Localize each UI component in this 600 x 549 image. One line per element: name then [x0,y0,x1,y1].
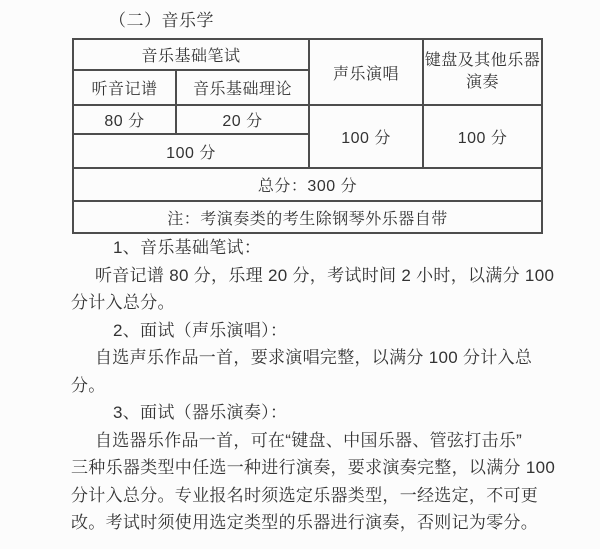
table-row: 总分：300 分 [73,168,542,201]
header-written-test: 音乐基础笔试 [73,39,309,70]
score-table: 音乐基础笔试 声乐演唱 键盘及其他乐器演奏 听音记谱 音乐基础理论 80 分 2… [72,38,543,234]
table-row: 80 分 20 分 100 分 100 分 [73,105,542,134]
body-line: 改。考试时须使用选定类型的乐器进行演奏，否则记为零分。 [71,509,549,537]
document-page: （二）音乐学 音乐基础笔试 声乐演唱 键盘及其他乐器演奏 听音记谱 音乐基础理论… [0,0,600,549]
body-line: 分计入总分。 [71,289,549,317]
section-title: （二）音乐学 [109,6,214,31]
body-line-heading-2: 2、面试（声乐演唱）： [71,317,549,345]
score-written-subtotal: 100 分 [73,134,309,168]
body-line: 自选声乐作品一首，要求演唱完整，以满分 100 分计入总 [71,344,549,372]
score-keyboard: 100 分 [423,105,542,168]
table-row: 音乐基础笔试 声乐演唱 键盘及其他乐器演奏 [73,39,542,70]
table-note: 注：考演奏类的考生除钢琴外乐器自带 [73,201,542,233]
body-line: 分。 [71,372,549,400]
header-ear-training: 听音记谱 [73,70,176,105]
score-ear-training: 80 分 [73,105,176,134]
header-music-theory: 音乐基础理论 [176,70,309,105]
score-music-theory: 20 分 [176,105,309,134]
body-line: 分计入总分。专业报名时须选定乐器类型，一经选定，不可更 [71,482,549,510]
body-line: 三种乐器类型中任选一种进行演奏，要求演奏完整，以满分 100 [71,454,549,482]
body-line-heading-3: 3、面试（器乐演奏）： [71,399,549,427]
body-line: 自选器乐作品一首，可在“键盘、中国乐器、管弦打击乐” [71,427,549,455]
body-line: 听音记谱 80 分，乐理 20 分，考试时间 2 小时，以满分 100 [71,262,549,290]
header-keyboard-instruments: 键盘及其他乐器演奏 [423,39,542,105]
body-line-heading-1: 1、音乐基础笔试： [71,234,549,262]
total-score: 总分：300 分 [73,168,542,201]
body-text: 1、音乐基础笔试： 听音记谱 80 分，乐理 20 分，考试时间 2 小时，以满… [71,234,549,537]
table-row: 注：考演奏类的考生除钢琴外乐器自带 [73,201,542,233]
score-vocal: 100 分 [309,105,423,168]
header-vocal-performance: 声乐演唱 [309,39,423,105]
